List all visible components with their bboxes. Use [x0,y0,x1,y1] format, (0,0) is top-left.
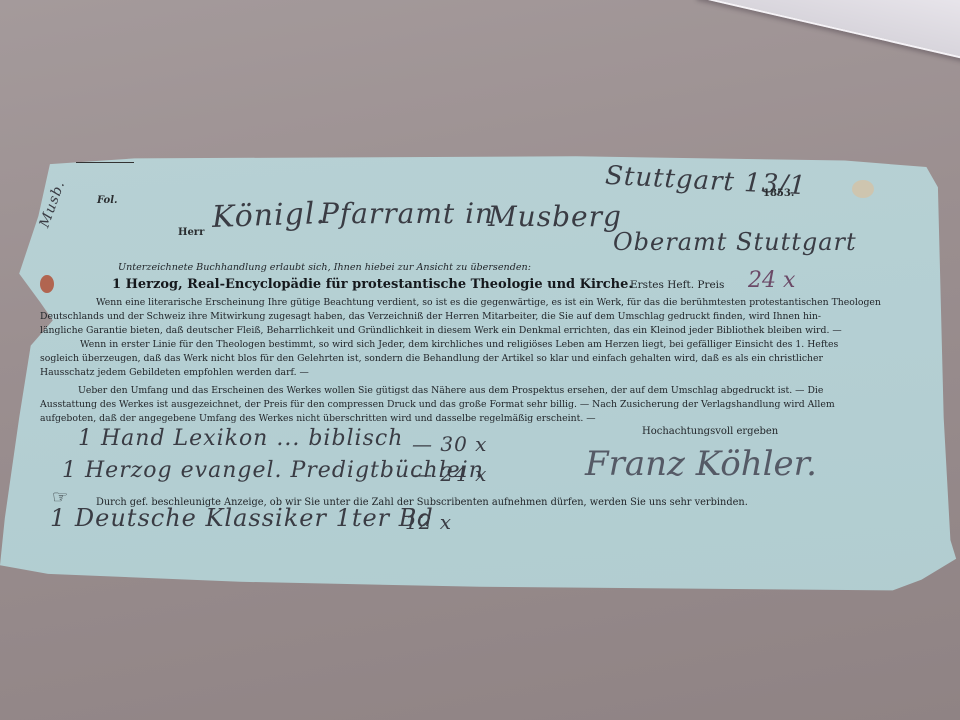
salutation: Herr [178,227,204,238]
paragraph-line: Ausstattung des Werkes ist ausgezeichnet… [40,399,835,410]
background-paper-sheet [697,0,960,65]
wax-seal-fragment [40,275,54,293]
year: 1853. [763,188,794,199]
handwritten-item-price: 12 x [405,510,452,534]
paragraph-line: Wenn in erster Linie für den Theologen b… [80,339,838,350]
paragraph-line: Ueber den Umfang und das Erscheinen des … [78,385,823,396]
recipient-district: Oberamt Stuttgart [613,228,857,256]
fol-label: Fol. [97,195,118,206]
stain [852,180,874,198]
recipient-part2: Pfarramt in [320,197,494,230]
recipient-part1: Königl. [211,196,326,235]
recipient-part3: Musberg [488,200,622,233]
paragraph-line: Wenn eine literarische Erscheinung Ihre … [96,297,881,308]
paragraph-line: Deutschlands und der Schweiz ihre Mitwir… [40,311,821,322]
paragraph-line: längliche Garantie bieten, daß deutscher… [40,325,842,336]
book-title: 1 Herzog, Real-Encyclopädie für protesta… [112,277,633,292]
paragraph-line: sogleich überzeugen, daß das Werk nicht … [40,353,823,364]
title-suffix: Erstes Heft. Preis [630,279,724,291]
paragraph-line: aufgeboten, daß der angegebene Umfang de… [40,413,596,424]
paragraph-line: Hausschatz jedem Gebildeten empfohlen we… [40,367,309,378]
top-rule [76,162,134,163]
handwritten-item: 1 Hand Lexikon ... biblisch [78,426,403,451]
handwritten-item: 1 Deutsche Klassiker 1ter Bd [50,504,434,532]
intro-text: Unterzeichnete Buchhandlung erlaubt sich… [118,262,531,273]
handwritten-item-price: — 24 x [412,462,487,486]
closing: Hochachtungsvoll ergeben [642,426,778,437]
signature: Franz Köhler. [585,444,817,484]
price-handwritten: 24 x [748,268,795,293]
handwritten-item-price: — 30 x [412,432,487,456]
